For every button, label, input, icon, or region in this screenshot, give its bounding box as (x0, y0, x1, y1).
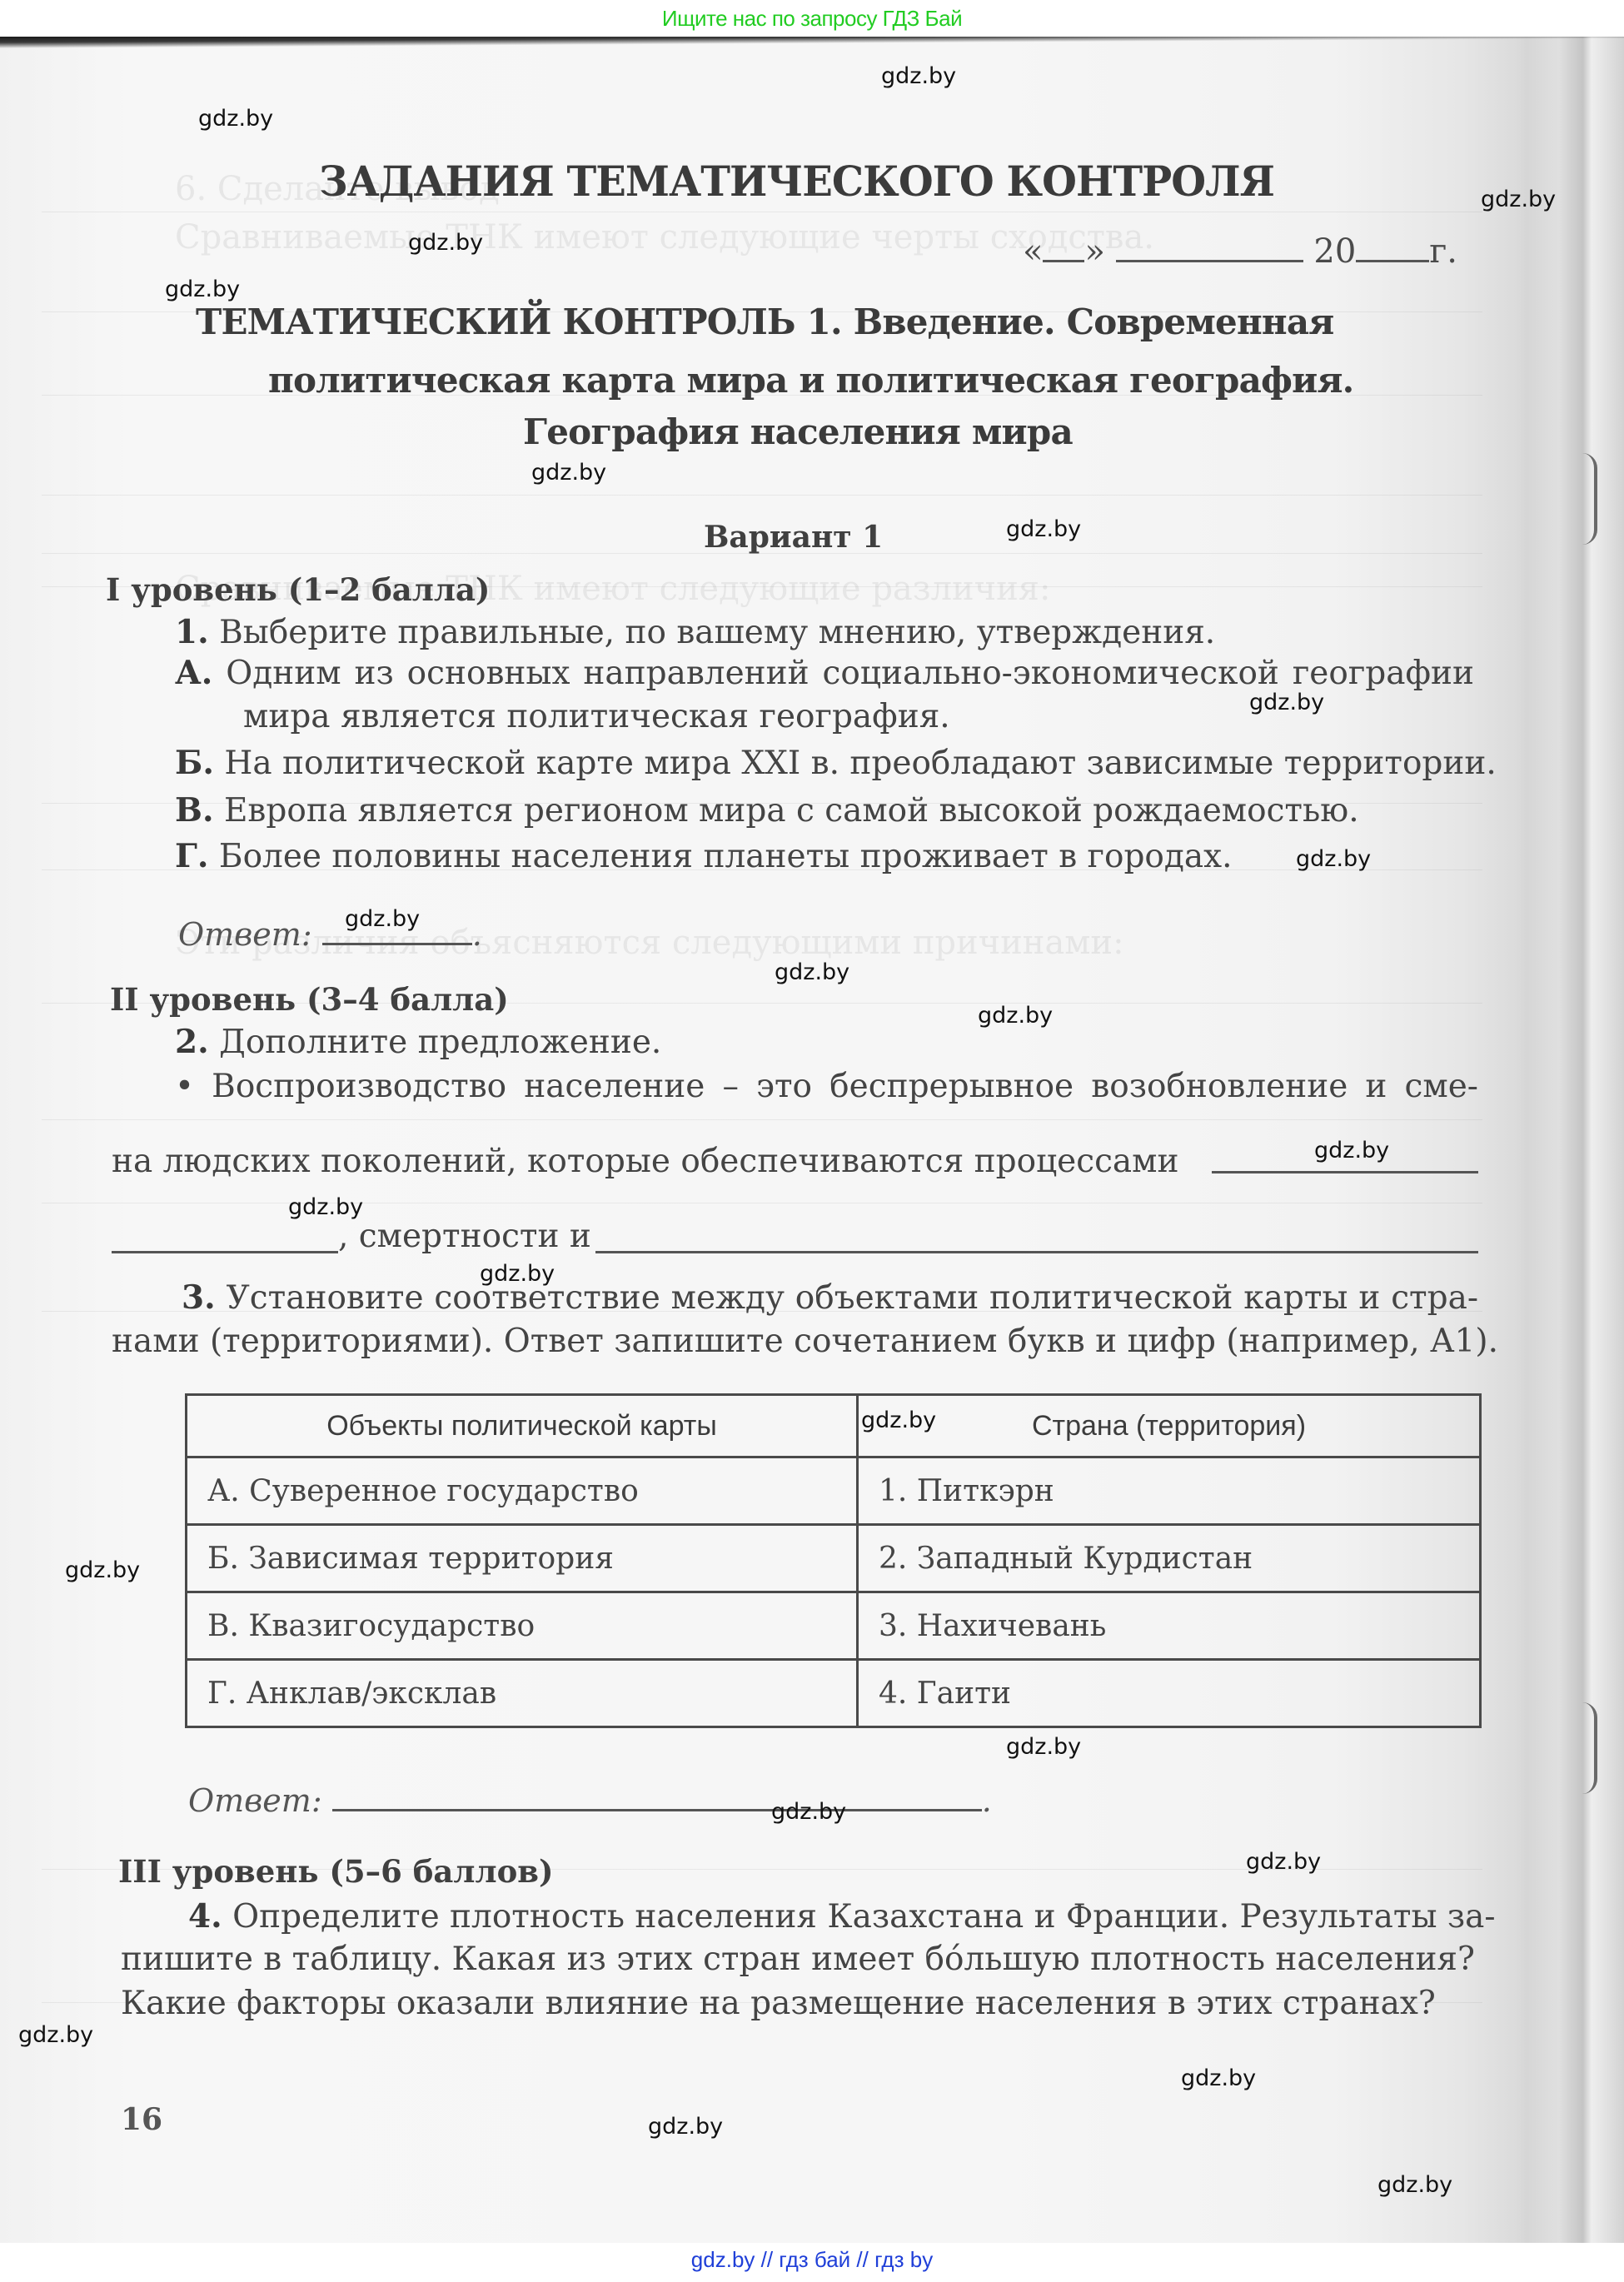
option-a[interactable]: А. Одним из основных направлений социаль… (175, 654, 1474, 692)
watermark: gdz.by (771, 1799, 846, 1825)
watermark: gdz.by (1006, 516, 1081, 542)
watermark: gdz.by (288, 1194, 363, 1220)
table-cell: 4. Гаити (858, 1660, 1481, 1727)
watermark: gdz.by (1249, 690, 1324, 715)
watermark: gdz.by (65, 1557, 140, 1583)
task4-prompt-line2: пишите в таблицу. Какая из этих стран им… (121, 1941, 1475, 1978)
variant-label: Вариант 1 (704, 520, 883, 555)
table-cell: 3. Нахичевань (858, 1592, 1481, 1660)
table-header: Объекты политической карты (187, 1395, 858, 1457)
table-header: Страна (территория) (858, 1395, 1481, 1457)
table-row: В. Квазигосударство 3. Нахичевань (187, 1592, 1481, 1660)
option-v[interactable]: В. Европа является регионом мира с самой… (175, 791, 1359, 830)
staple-icon (1582, 1702, 1597, 1794)
task2-blank-3[interactable] (595, 1223, 1478, 1253)
control-title-line2: политическая карта мира и политическая г… (268, 360, 1354, 401)
table-cell: Б. Зависимая территория (187, 1525, 858, 1592)
watermark: gdz.by (531, 460, 606, 486)
watermark: gdz.by (165, 277, 240, 302)
watermark: gdz.by (1296, 846, 1371, 872)
table-cell: 1. Питкэрн (858, 1457, 1481, 1525)
option-a-cont: мира является политическая география. (243, 698, 950, 735)
staple-icon (1582, 453, 1597, 545)
date-field: «» 20г. (1023, 232, 1457, 271)
task2-prompt: 2. Дополните предложение. (175, 1023, 661, 1061)
level1-heading: I уровень (1–2 балла) (106, 571, 490, 608)
spine-shadow (1516, 37, 1624, 2243)
option-b[interactable]: Б. На политической карте мира XXI в. пре… (175, 744, 1497, 782)
watermark: gdz.by (408, 230, 483, 256)
task4-prompt-line1: 4. Определите плотность населения Казахс… (188, 1897, 1487, 1936)
task1-answer: Ответ: . (178, 914, 482, 953)
task2-sentence-line3: , смертности и (338, 1218, 591, 1255)
watermark: gdz.by (1314, 1138, 1389, 1163)
search-banner: Ищите нас по запросу ГДЗ Бай (0, 0, 1624, 37)
level3-heading: III уровень (5–6 баллов) (118, 1853, 553, 1890)
watermark: gdz.by (480, 1261, 555, 1287)
watermark: gdz.by (198, 106, 273, 132)
task4-prompt-line3: Какие факторы оказали влияние на размеще… (121, 1985, 1436, 2022)
watermark: gdz.by (1246, 1849, 1321, 1875)
task3-answer-field[interactable] (332, 1781, 982, 1811)
table-cell: 2. Западный Курдистан (858, 1525, 1481, 1592)
watermark: gdz.by (345, 906, 420, 932)
date-year-blank[interactable] (1356, 232, 1429, 262)
page-top-edge-shadow (0, 37, 1624, 48)
watermark: gdz.by (978, 1003, 1053, 1029)
matching-table: Объекты политической карты Страна (терри… (185, 1393, 1482, 1728)
table-cell: А. Суверенное государство (187, 1457, 858, 1525)
task3-prompt-line2: нами (территориями). Ответ запишите соче… (112, 1323, 1498, 1360)
task2-sentence-line2: на людских поколений, которые обеспечива… (112, 1143, 1179, 1180)
option-g[interactable]: Г. Более половины населения планеты прож… (175, 837, 1233, 875)
date-day-blank[interactable] (1043, 232, 1084, 262)
task3-answer: Ответ: . (188, 1781, 992, 1819)
watermark: gdz.by (1481, 187, 1556, 212)
task2-sentence-line1: • Воспроизводство население – это беспре… (175, 1068, 1478, 1105)
task3-prompt-line1: 3. Установите соответствие между объекта… (182, 1278, 1478, 1317)
section-title: ЗАДАНИЯ ТЕМАТИЧЕСКОГО КОНТРОЛЯ (319, 157, 1274, 206)
table-cell: Г. Анклав/эксклав (187, 1660, 858, 1727)
watermark: gdz.by (881, 63, 956, 89)
table-row: Г. Анклав/эксклав 4. Гаити (187, 1660, 1481, 1727)
control-title-line1: ТЕМАТИЧЕСКИЙ КОНТРОЛЬ 1. Введение. Совре… (196, 301, 1334, 342)
page-number: 16 (121, 2102, 162, 2137)
table-row: Б. Зависимая территория 2. Западный Курд… (187, 1525, 1481, 1592)
table-cell: В. Квазигосударство (187, 1592, 858, 1660)
watermark: gdz.by (1377, 2172, 1452, 2198)
watermark: gdz.by (18, 2022, 93, 2048)
task1-prompt: 1. Выберите правильные, по вашему мнению… (175, 613, 1215, 651)
level2-heading: II уровень (3–4 балла) (110, 981, 509, 1018)
site-links-banner[interactable]: gdz.by // гдз бай // гдз by (0, 2243, 1624, 2282)
watermark: gdz.by (1181, 2065, 1256, 2091)
watermark: gdz.by (648, 2114, 723, 2140)
watermark: gdz.by (775, 959, 849, 985)
table-row: А. Суверенное государство 1. Питкэрн (187, 1457, 1481, 1525)
date-month-blank[interactable] (1116, 232, 1303, 262)
watermark: gdz.by (1006, 1734, 1081, 1760)
watermark: gdz.by (861, 1408, 936, 1433)
task2-blank-2[interactable] (112, 1223, 338, 1253)
control-title-line3: География населения мира (523, 411, 1073, 452)
